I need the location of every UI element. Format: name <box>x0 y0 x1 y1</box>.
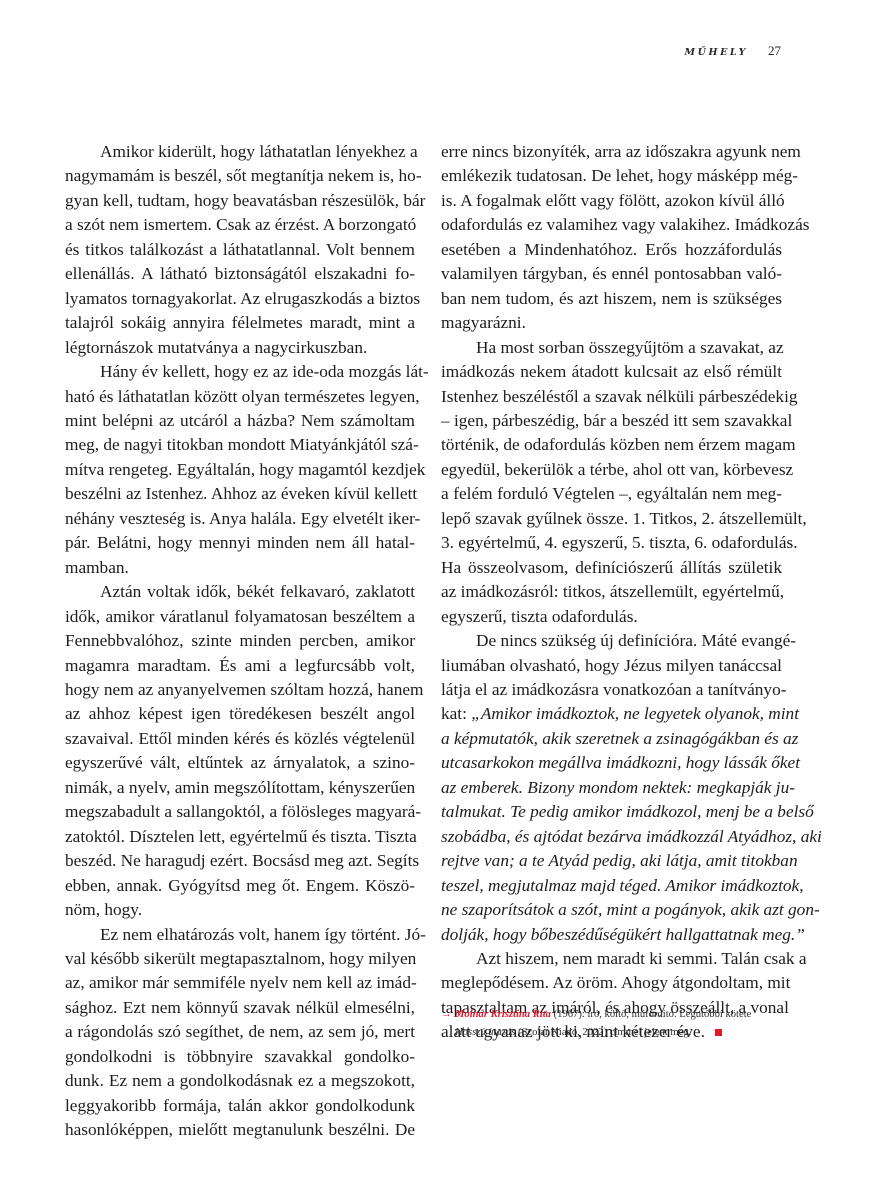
bible-quote-line: rejtve van; a te Atyád pedig, aki látja,… <box>441 849 782 873</box>
text-line: pár. Belátni, hogy mennyi minden nem áll… <box>65 531 415 555</box>
text-line: légtornászok mutatványa a nagycirkuszban… <box>65 336 415 360</box>
text-line: egyedül, bekerülök a térbe, ahol ott van… <box>441 458 782 482</box>
text-line: megszabadult a sallangoktól, a fölöslege… <box>65 800 415 824</box>
text-line: magamra maradtam. És ami a legfurcsább v… <box>65 654 415 678</box>
text-line: látja el az imádkozásra vonatkozóan a ta… <box>441 678 782 702</box>
book-title: Hosszú utazás <box>455 1027 515 1038</box>
text-line: De nincs szükség új definícióra. Máté ev… <box>441 629 782 653</box>
text-line: nagymamám is beszél, sőt megtanítja neke… <box>65 164 415 188</box>
publisher-info: (Scolar Kiadó, 2022) címmel jelent meg. <box>515 1027 691 1038</box>
text-line: néhány veszteség is. Anya halála. Egy el… <box>65 507 415 531</box>
text-line: nöm, hogy. <box>65 898 415 922</box>
text-line: beszéd. Ne haragudj ezért. Bocsásd meg a… <box>65 849 415 873</box>
text-line: Aztán voltak idők, békét felkavaró, zakl… <box>65 580 415 604</box>
paragraph: Hány év kellett, hogy ez az ide-oda mozg… <box>65 360 415 580</box>
text-line: sághoz. Ezt nem könnyű szavak nélkül elm… <box>65 996 415 1020</box>
text-line: erre nincs bizonyíték, arra az időszakra… <box>441 140 782 164</box>
text-line: – igen, párbeszédig, bár a beszéd itt se… <box>441 409 782 433</box>
bible-quote-line: a képmutatók, akik szeretnek a zsinagógá… <box>441 727 782 751</box>
text-line: és titkos találkozást a láthatatlannal. … <box>65 238 415 262</box>
author-bio: (1967): író, költő, műfordító. Legutóbbi… <box>551 1009 751 1020</box>
text-line: Fennebbvalóhoz, szinte minden percben, a… <box>65 629 415 653</box>
bible-quote-line: az emberek. Bizony mondom nektek: megkap… <box>441 776 782 800</box>
text-line: a szót nem ismertem. Csak az érzést. A b… <box>65 213 415 237</box>
paragraph: Ha most sorban összegyűjtöm a szavakat, … <box>441 336 782 629</box>
text-line-with-quote: kat: „Amikor imádkoztok, ne legyetek oly… <box>441 702 782 726</box>
text-line: idők, amikor váratlanul folyamatosan bes… <box>65 605 415 629</box>
text-line: nimák, a nyelv, amin megszólítottam, kén… <box>65 776 415 800</box>
text-line: mamban. <box>65 556 415 580</box>
text-line: ban nem tudom, és azt hiszem, nem is szü… <box>441 287 782 311</box>
text-line: hasonlóképpen, mielőtt megtanulunk beszé… <box>65 1118 415 1142</box>
left-column: Amikor kiderült, hogy láthatatlan lények… <box>65 140 415 1143</box>
text-line: beszélni az Istenhez. Ahhoz az éveken kí… <box>65 482 415 506</box>
text-line: egyszerűvé vált, eltűntek az árnyalatok,… <box>65 751 415 775</box>
text-line: Azt hiszem, nem maradt ki semmi. Talán c… <box>441 947 782 971</box>
right-column: erre nincs bizonyíték, arra az időszakra… <box>441 140 782 1045</box>
text-line: emlékezik tudatosan. De lehet, hogy másk… <box>441 164 782 188</box>
text-line: szavaival. Ettől minden kérés és közlés … <box>65 727 415 751</box>
footnote-line: →Molnár Krisztina Rita (1967): író, költ… <box>441 1006 801 1024</box>
bible-quote-line: talmukat. Te pedig amikor imádkozol, men… <box>441 800 782 824</box>
text-line: történik, de odafordulás közben nem érze… <box>441 433 782 457</box>
text-line: liumában olvasható, hogy Jézus milyen ta… <box>441 654 782 678</box>
text-line: leggyakoribb formája, talán akkor gondol… <box>65 1094 415 1118</box>
text-line: imádkozás nekem átadott kulcsait az első… <box>441 360 782 384</box>
text-line: az imádkozásról: titkos, átszellemült, e… <box>441 580 782 604</box>
text-line: meg, de nagyi titokban mondott Miatyánkj… <box>65 433 415 457</box>
text-line: meglepődésem. Az öröm. Ahogy átgondoltam… <box>441 971 782 995</box>
author-footnote: →Molnár Krisztina Rita (1967): író, költ… <box>441 1006 801 1042</box>
paragraph: Aztán voltak idők, békét felkavaró, zakl… <box>65 580 415 922</box>
text-line: gyan kell, tudtam, hogy beavatásban rész… <box>65 189 415 213</box>
bible-quote-line: ne szaporítsátok a szót, mint a pogányok… <box>441 898 782 922</box>
text-line: ható és láthatatlan között olyan termész… <box>65 385 415 409</box>
text-line: is. A fogalmak előtt vagy fölött, azokon… <box>441 189 782 213</box>
text-line: zatoktól. Dísztelen lett, egyértelmű és … <box>65 825 415 849</box>
text-line: hogy nem az anyanyelvemen szóltam hozzá,… <box>65 678 415 702</box>
quote-intro: kat: <box>441 704 471 723</box>
footnote-line: Hosszú utazás (Scolar Kiadó, 2022) címme… <box>441 1024 801 1042</box>
text-line: Amikor kiderült, hogy láthatatlan lények… <box>65 140 415 164</box>
text-line: mítva rengeteg. Egyáltalán, hogy magamtó… <box>65 458 415 482</box>
section-title: MŰHELY <box>685 47 748 58</box>
bible-quote-line: teszel, megjutalmaz majd téged. Amikor i… <box>441 874 782 898</box>
text-line: dunk. Ez nem a gondolkodásnak ez a megsz… <box>65 1069 415 1093</box>
text-line: Ha most sorban összegyűjtöm a szavakat, … <box>441 336 782 360</box>
text-line: 3. egyértelmű, 4. egyszerű, 5. tiszta, 6… <box>441 531 782 555</box>
paragraph-continuation: erre nincs bizonyíték, arra az időszakra… <box>441 140 782 336</box>
text-line: ellenállás. A látható biztonságától elsz… <box>65 262 415 286</box>
author-name: Molnár Krisztina Rita <box>455 1009 551 1020</box>
text-line: val később sikerült megtapasztalnom, hog… <box>65 947 415 971</box>
text-line: esetében a Mindenhatóhoz. Erős hozzáford… <box>441 238 782 262</box>
text-line: a rágondolás szó segíthet, de nem, az se… <box>65 1020 415 1044</box>
text-line: valamilyen tárgyban, és ennél pontosabba… <box>441 262 782 286</box>
arrow-right-icon: → <box>441 1006 455 1024</box>
bible-quote-line: dolják, hogy bőbeszédűségükért hallgatta… <box>441 923 782 947</box>
text-line: Ez nem elhatározás volt, hanem így törté… <box>65 923 415 947</box>
running-head: MŰHELY 27 <box>685 43 781 59</box>
page-number: 27 <box>768 43 781 59</box>
text-line: ebben, annak. Gyógyítsd meg őt. Engem. K… <box>65 874 415 898</box>
text-line: magyarázni. <box>441 311 782 335</box>
paragraph: Amikor kiderült, hogy láthatatlan lények… <box>65 140 415 360</box>
bible-quote-line: utcasarkokon megállva imádkozni, hogy lá… <box>441 751 782 775</box>
text-line: egyszerű, tiszta odafordulás. <box>441 605 782 629</box>
text-line: Ha összeolvasom, definíciószerű állítás … <box>441 556 782 580</box>
text-line: talajról sokáig annyira félelmetes marad… <box>65 311 415 335</box>
bible-quote-line: szobádba, és ajtódat bezárva imádkozzál … <box>441 825 782 849</box>
text-line: Istenhez beszéléstől a szavak nélküli pá… <box>441 385 782 409</box>
text-line: mint belépni az utcáról a házba? Nem szá… <box>65 409 415 433</box>
text-line: odafordulás ez valamihez vagy valakihez.… <box>441 213 782 237</box>
text-line: a felém forduló Végtelen –, egyáltalán n… <box>441 482 782 506</box>
text-line: az, amikor már semmiféle nyelv nem kell … <box>65 971 415 995</box>
text-line: lyamatos tornagyakorlat. Az elrugaszkodá… <box>65 287 415 311</box>
bible-quote: „Amikor imádkoztok, ne legyetek olyanok,… <box>471 704 799 723</box>
text-line: gondolkodni is többnyire szavakkal gondo… <box>65 1045 415 1069</box>
text-line: az ahhoz képest igen töredékesen beszélt… <box>65 702 415 726</box>
text-line: lepő szavak gyűlnek össze. 1. Titkos, 2.… <box>441 507 782 531</box>
paragraph: De nincs szükség új definícióra. Máté ev… <box>441 629 782 947</box>
paragraph: Ez nem elhatározás volt, hanem így törté… <box>65 923 415 1143</box>
text-line: Hány év kellett, hogy ez az ide-oda mozg… <box>65 360 415 384</box>
